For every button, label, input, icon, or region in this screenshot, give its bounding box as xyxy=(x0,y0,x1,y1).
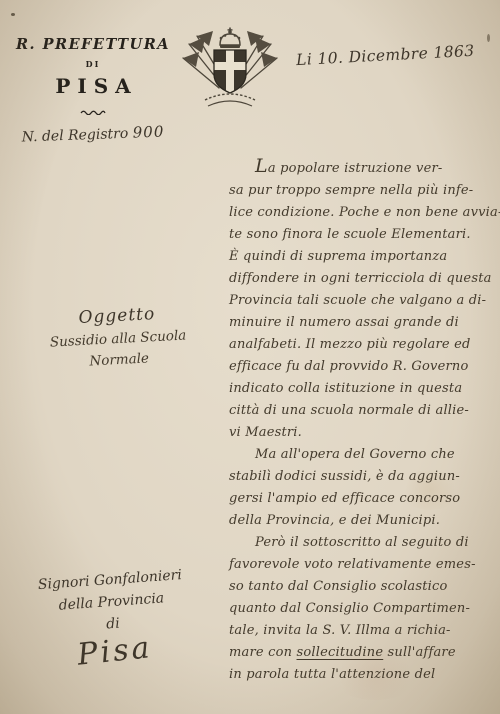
letter-body: La popolare istruzione ver- sa pur tropp… xyxy=(229,155,491,686)
body-line: indicato colla istituzione in questa xyxy=(229,378,491,400)
oggetto-line: Normale xyxy=(19,347,220,373)
body-line: gersi l'ampio ed efficace concorso xyxy=(229,488,491,510)
body-line: tale, invita la S. V. Illma a richia- xyxy=(229,620,491,642)
body-line: diffondere in ogni terricciola di questa xyxy=(229,268,491,290)
body-line: efficace fu dal provvido R. Governo xyxy=(229,356,491,378)
body-line: so tanto dal Consiglio scolastico xyxy=(229,576,491,598)
body-line: minuire il numero assai grande di xyxy=(229,312,491,334)
body-line: Però il sottoscritto al seguito di xyxy=(229,532,491,554)
body-line: città di una scuola normale di allie- xyxy=(229,400,491,422)
underlined-word: sollecitudine xyxy=(297,645,384,660)
letterhead-flourish xyxy=(10,100,176,119)
body-line: vi Maestri. xyxy=(229,422,491,444)
body-line: quanto dal Consiglio Compartimen- xyxy=(229,598,491,620)
addressee-block: Signori Gonfalonieri della Provincia di … xyxy=(7,559,219,676)
body-line-segment: sull'affare xyxy=(383,645,456,660)
body-line: stabilì dodici sussidi, è da aggiun- xyxy=(229,466,491,488)
letterhead-city: PISA xyxy=(10,74,176,98)
body-line: lice condizione. Poche e non bene avvia- xyxy=(229,202,491,224)
document-page: R. PREFETTURA DI PISA N. del Registro 90… xyxy=(0,0,500,714)
body-line-segment: mare con xyxy=(229,645,297,660)
body-line: della Provincia, e dei Municipi. xyxy=(229,510,491,532)
body-line: analfabeti. Il mezzo più regolare ed xyxy=(229,334,491,356)
body-line: È quindi di suprema importanza xyxy=(229,246,491,268)
letterhead-office: R. PREFETTURA xyxy=(10,36,176,53)
letterhead-di: DI xyxy=(10,59,176,69)
body-line: te sono finora le scuole Elementari. xyxy=(229,224,491,246)
coat-of-arms-icon xyxy=(175,24,285,119)
wavy-rule-icon xyxy=(80,109,106,115)
date-line: Li 10. Dicembre 1863 xyxy=(296,41,492,69)
registro-number: 900 xyxy=(132,123,164,142)
body-line: in parola tutta l'attenzione del xyxy=(229,664,491,686)
body-line: Provincia tali scuole che valgano a di- xyxy=(229,290,491,312)
body-line: La popolare istruzione ver- xyxy=(229,155,491,180)
body-line: mare con sollecitudine sull'affare xyxy=(229,642,491,664)
oggetto-block: Oggetto Sussidio alla Scuola Normale xyxy=(17,301,220,373)
body-line: Ma all'opera del Governo che xyxy=(229,444,491,466)
registro-line: N. del Registro 900 xyxy=(10,122,177,146)
paper-speck xyxy=(11,13,15,16)
body-line: sa pur troppo sempre nella più infe- xyxy=(229,180,491,202)
body-line: favorevole voto relativamente emes- xyxy=(229,554,491,576)
registro-label: N. del Registro xyxy=(21,126,128,146)
letterhead: R. PREFETTURA DI PISA N. del Registro 90… xyxy=(10,36,176,143)
